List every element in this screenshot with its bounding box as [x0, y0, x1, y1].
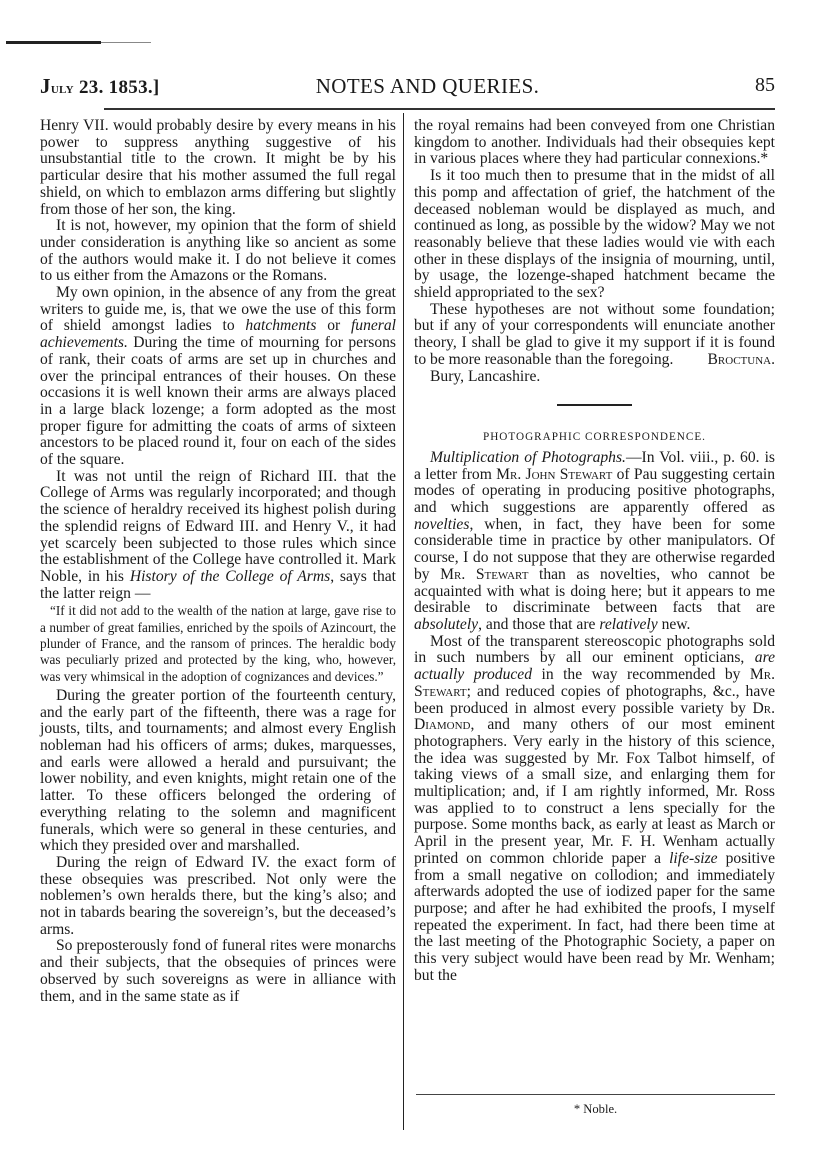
person-name: Mr. Stewart — [440, 566, 528, 583]
text-run: or — [316, 317, 351, 334]
article-title: Multiplication of Photographs. — [430, 449, 626, 466]
italic-term: novelties — [414, 516, 469, 533]
paragraph: the royal remains had been conveyed from… — [414, 118, 775, 168]
left-column: Henry VII. would probably desire by ever… — [40, 118, 396, 1005]
right-column: the royal remains had been conveyed from… — [414, 118, 775, 984]
top-printer-mark — [6, 41, 101, 44]
text-run: During the time of mourning for persons … — [40, 334, 396, 468]
paragraph: During the greater portion of the fourte… — [40, 688, 396, 855]
paragraph: It is not, however, my opinion that the … — [40, 218, 396, 285]
block-quote: “If it did not add to the wealth of the … — [40, 603, 396, 684]
person-name: Mr. John Stewart — [496, 466, 612, 483]
italic-term: absolutely — [414, 616, 478, 633]
running-head: July 23. 1853.] NOTES AND QUERIES. 85 — [40, 74, 775, 102]
text-run: in the way recommended by — [532, 666, 750, 683]
paragraph: Most of the transparent stereoscopic pho… — [414, 634, 775, 985]
paragraph: My own opinion, in the absence of any fr… — [40, 285, 396, 469]
text-run: positive from a small negative on collod… — [414, 850, 775, 984]
author-location: Bury, Lancashire. — [414, 369, 775, 386]
column-divider — [403, 113, 404, 1130]
text-run: ; and reduced copies of photographs, &c.… — [414, 683, 775, 717]
paragraph: It was not until the reign of Richard II… — [40, 469, 396, 603]
header-rule — [104, 108, 775, 110]
journal-title: NOTES AND QUERIES. — [40, 74, 775, 99]
italic-term: relatively — [599, 616, 657, 633]
text-run: , and those that are — [478, 616, 599, 633]
italic-term: hatchments — [245, 317, 316, 334]
paragraph: Multiplication of Photographs.—In Vol. v… — [414, 450, 775, 634]
text-run: , and many others of our most eminent ph… — [414, 716, 775, 867]
book-title: History of the College of Arms — [130, 568, 330, 585]
page-number: 85 — [755, 74, 775, 97]
paragraph: During the reign of Edward IV. the exact… — [40, 855, 396, 939]
section-heading: PHOTOGRAPHIC CORRESPONDENCE. — [414, 429, 775, 446]
italic-term: life-size — [669, 850, 718, 867]
section-separator — [557, 404, 632, 406]
text-run: new. — [658, 616, 691, 633]
paragraph: Henry VII. would probably desire by ever… — [40, 118, 396, 218]
text-run: Most of the transparent stereoscopic pho… — [414, 633, 775, 667]
paragraph: Is it too much then to presume that in t… — [414, 168, 775, 302]
footnote: * Noble. — [416, 1102, 775, 1117]
footnote-rule — [416, 1094, 775, 1095]
paragraph: So preposterously fond of funeral rites … — [40, 938, 396, 1005]
